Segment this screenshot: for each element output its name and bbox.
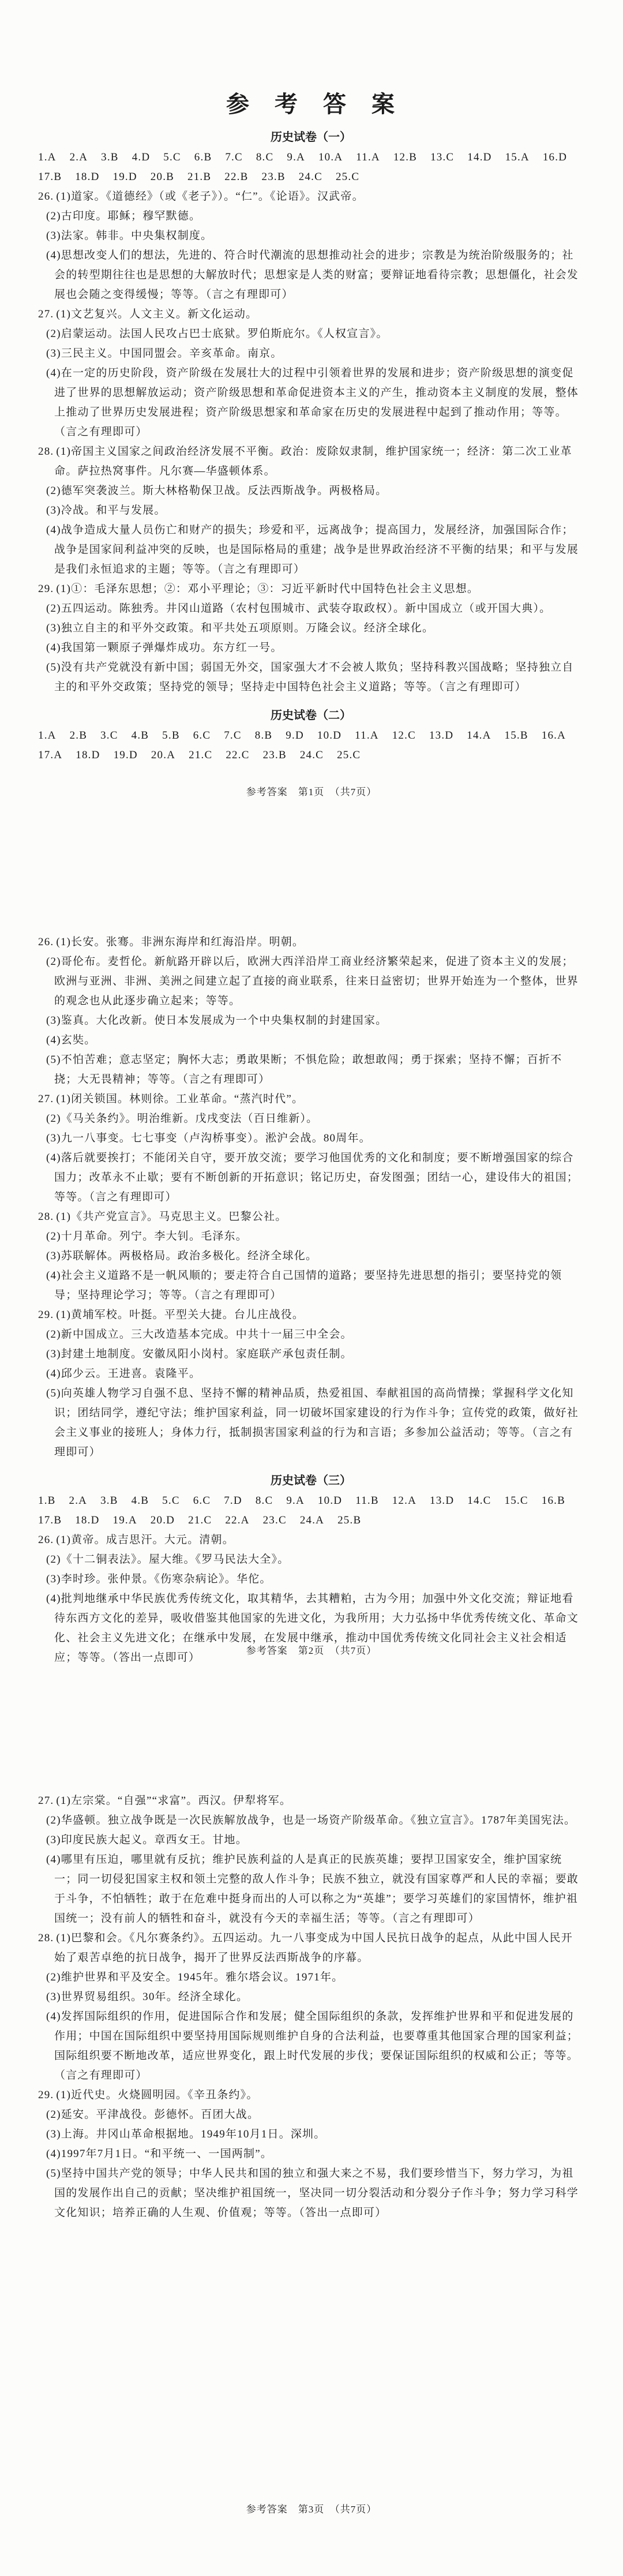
choice-answer: 25.B (337, 1511, 361, 1530)
answer-text: (4)1997年7月1日。“和平统一、一国两制”。 (46, 2148, 272, 2160)
answer-line: (3)封建土地制度。安徽凤阳小岗村。家庭联产承包责任制。 (38, 1345, 584, 1364)
answer-text: (1)《共产党宣言》。马克思主义。巴黎公社。 (56, 1211, 287, 1223)
answer-line: (5)不怕苦难；意志坚定；胸怀大志；勇敢果断；不惧危险；敢想敢闯；勇于探索；坚持… (38, 1050, 584, 1089)
answer-line: (5)坚持中国共产党的领导；中华人民共和国的独立和强大来之不易，我们要珍惜当下，… (38, 2164, 584, 2223)
choice-answer: 16.A (542, 726, 566, 746)
answer-line: 28.(1)帝国主义国家之间政治经济发展不平衡。政治：废除奴隶制，维护国家统一；… (38, 442, 584, 481)
choice-answer: 5.C (163, 148, 181, 167)
answer-line: (3)鉴真。大化改新。使日本发展成为一个中央集权制的封建国家。 (38, 1011, 584, 1031)
answer-text: (2)新中国成立。三大改造基本完成。中共十一届三中全会。 (46, 1328, 352, 1341)
answer-text: (1)文艺复兴。人文主义。新文化运动。 (56, 308, 257, 320)
answer-text: (3)封建土地制度。安徽凤阳小岗村。家庭联产承包责任制。 (46, 1348, 352, 1360)
choice-answers-row: 1.B2.A3.B4.B5.C6.C7.D8.C9.A10.D11.B12.A1… (38, 1491, 584, 1511)
answer-text: (1)近代史。火烧圆明园。《辛丑条约》。 (56, 2089, 258, 2101)
answer-text: (1)左宗棠。“自强”“求富”。西汉。伊犁将军。 (56, 1795, 291, 1807)
answer-text: (2)古印度。耶稣；穆罕默德。 (46, 210, 201, 222)
question-number: 28. (38, 1211, 54, 1223)
choice-answer: 18.D (76, 746, 100, 765)
answer-line: (3)三民主义。中国同盟会。辛亥革命。南京。 (38, 344, 584, 364)
answer-text: (2)哥伦布。麦哲伦。新航路开辟以后，欧洲大西洋沿岸工商业经济繁荣起来，促进了资… (46, 956, 579, 1007)
answer-text: (3)世界贸易组织。30年。经济全球化。 (46, 1991, 248, 2003)
answer-text: (2)十月革命。列宁。李大钊。毛泽东。 (46, 1230, 247, 1242)
choice-answer: 17.B (38, 1511, 62, 1530)
choice-answer: 18.D (75, 1511, 99, 1530)
page-footer: 参考答案 第1页 （共7页） (0, 782, 623, 802)
choice-answer: 3.B (100, 1491, 118, 1511)
answer-line: (3)独立自主的和平外交政策。和平共处五项原则。万隆会议。经济全球化。 (38, 619, 584, 638)
question-number: 26. (38, 190, 54, 203)
answer-text: (1)闭关锁国。林则徐。工业革命。“蒸汽时代”。 (56, 1093, 303, 1105)
answer-text: (4)发挥国际组织的作用，促进国际合作和发展；健全国际组织的条款，发挥维护世界和… (46, 2010, 579, 2081)
question-number: 29. (38, 2089, 54, 2101)
answer-line: 29.(1)黄埔军校。叶挺。平型关大捷。台儿庄战役。 (38, 1305, 584, 1325)
choice-answer: 9.A (286, 1491, 305, 1511)
choice-answer: 17.B (38, 167, 62, 187)
choice-answer: 12.A (392, 1491, 416, 1511)
question-number: 26. (38, 1534, 54, 1546)
answer-text: (4)哪里有压迫，哪里就有反抗；维护民族利益的人是真正的民族英雄；要捍卫国家安全… (46, 1854, 579, 1924)
choice-answer: 12.C (392, 726, 416, 746)
answer-text: (1)帝国主义国家之间政治经济发展不平衡。政治：废除奴隶制，维护国家统一；经济：… (54, 445, 572, 477)
choice-answer: 13.D (429, 726, 453, 746)
answer-text: (1)长安。张骞。非洲东海岸和红海沿岸。明朝。 (56, 936, 304, 948)
answer-text: (2)延安。平津战役。彭德怀。百团大战。 (46, 2109, 259, 2121)
choice-answer: 8.C (256, 148, 274, 167)
answer-text: (3)鉴真。大化改新。使日本发展成为一个中央集权制的封建国家。 (46, 1014, 387, 1027)
section-heading: 历史试卷（三） (38, 1470, 584, 1491)
choice-answer: 1.A (38, 726, 57, 746)
document-title: 参 考 答 案 (38, 90, 584, 119)
question-number: 29. (38, 1309, 54, 1321)
answer-text: (3)冷战。和平与发展。 (46, 504, 166, 516)
choice-answer: 7.C (224, 726, 242, 746)
answer-line: (3)九一八事变。七七事变（卢沟桥事变）。淞沪会战。80周年。 (38, 1129, 584, 1148)
choice-answer: 15.A (505, 148, 530, 167)
choice-answer: 5.C (162, 1491, 180, 1511)
choice-answers-row: 17.A18.D19.D20.A21.C22.C23.B24.C25.C (38, 746, 584, 765)
answer-line: (2)启蒙运动。法国人民攻占巴士底狱。罗伯斯庇尔。《人权宣言》。 (38, 324, 584, 344)
choice-answer: 19.A (113, 1511, 137, 1530)
answer-line: (5)向英雄人物学习自强不息、坚持不懈的精神品质，热爱祖国、奉献祖国的高尚情操；… (38, 1384, 584, 1462)
question-number: 27. (38, 1093, 54, 1105)
answer-line: (2)德军突袭波兰。斯大林格勒保卫战。反法西斯战争。两极格局。 (38, 481, 584, 501)
choice-answer: 3.B (101, 148, 119, 167)
choice-answer: 10.D (318, 1491, 342, 1511)
page-2-content: 26.(1)长安。张骞。非洲东海岸和红海沿岸。明朝。(2)哥伦布。麦哲伦。新航路… (38, 859, 584, 1668)
answer-text: (5)向英雄人物学习自强不息、坚持不懈的精神品质，热爱祖国、奉献祖国的高尚情操；… (46, 1387, 579, 1458)
choice-answer: 4.B (132, 1491, 149, 1511)
choice-answer: 13.C (430, 148, 454, 167)
answer-text: (4)我国第一颗原子弹爆炸成功。东方红一号。 (46, 642, 283, 654)
answer-text: (3)苏联解体。两极格局。政治多极化。经济全球化。 (46, 1250, 317, 1262)
choice-answer: 8.C (256, 1491, 273, 1511)
answer-line: (2)十月革命。列宁。李大钊。毛泽东。 (38, 1227, 584, 1246)
choice-answer: 5.B (162, 726, 180, 746)
choice-answer: 15.B (505, 726, 528, 746)
question-number: 28. (38, 1932, 54, 1944)
page-1-content: 参 考 答 案历史试卷（一）1.A2.A3.B4.D5.C6.B7.C8.C9.… (38, 0, 584, 765)
choice-answer: 25.C (336, 167, 359, 187)
choice-answer: 21.B (187, 167, 211, 187)
answer-text: (2)启蒙运动。法国人民攻占巴士底狱。罗伯斯庇尔。《人权宣言》。 (46, 328, 388, 340)
answer-line: (2)延安。平津战役。彭德怀。百团大战。 (38, 2105, 584, 2125)
choice-answer: 10.D (317, 726, 341, 746)
answer-line: 28.(1)《共产党宣言》。马克思主义。巴黎公社。 (38, 1207, 584, 1227)
answer-line: (3)世界贸易组织。30年。经济全球化。 (38, 1987, 584, 2007)
answer-line: (2)古印度。耶稣；穆罕默德。 (38, 207, 584, 226)
answer-line: 29.(1)①：毛泽东思想；②：邓小平理论；③：习近平新时代中国特色社会主义思想… (38, 579, 584, 599)
page-2: 26.(1)长安。张骞。非洲东海岸和红海沿岸。明朝。(2)哥伦布。麦哲伦。新航路… (0, 859, 623, 1717)
page-3: 27.(1)左宗棠。“自强”“求富”。西汉。伊犁将军。(2)华盛顿。独立战争既是… (0, 1717, 623, 2576)
answer-line: (4)1997年7月1日。“和平统一、一国两制”。 (38, 2144, 584, 2164)
answer-line: (2)哥伦布。麦哲伦。新航路开辟以后，欧洲大西洋沿岸工商业经济繁荣起来，促进了资… (38, 952, 584, 1011)
section-heading: 历史试卷（二） (38, 705, 584, 726)
answer-line: (4)邱少云。王进喜。袁隆平。 (38, 1364, 584, 1384)
answer-line: (4)在一定的历史阶段，资产阶级在发展壮大的过程中引领着世界的发展和进步；资产阶… (38, 364, 584, 442)
choice-answer: 11.B (355, 1491, 379, 1511)
choice-answer: 23.B (262, 167, 286, 187)
answer-line: (4)发挥国际组织的作用，促进国际合作和发展；健全国际组织的条款，发挥维护世界和… (38, 2007, 584, 2085)
choice-answer: 15.C (505, 1491, 528, 1511)
choice-answer: 19.D (113, 167, 137, 187)
answer-line: (2)华盛顿。独立战争既是一次民族解放战争，也是一场资产阶级革命。《独立宣言》。… (38, 1811, 584, 1830)
choice-answer: 3.C (100, 726, 118, 746)
choice-answer: 21.C (189, 746, 212, 765)
answer-line: (2)《十二铜表法》。屋大维。《罗马民法大全》。 (38, 1550, 584, 1570)
answer-line: 26.(1)道家。《道德经》（或《老子》）。“仁”。《论语》。汉武帝。 (38, 187, 584, 207)
choice-answer: 23.C (263, 1511, 287, 1530)
choice-answer: 21.C (188, 1511, 212, 1530)
answer-line: 26.(1)黄帝。成吉思汗。大元。清朝。 (38, 1530, 584, 1550)
choice-answer: 8.B (255, 726, 273, 746)
choice-answer: 4.B (132, 726, 149, 746)
answer-line: (4)玄奘。 (38, 1031, 584, 1050)
answer-text: (4)玄奘。 (46, 1034, 96, 1046)
answer-text: (1)①：毛泽东思想；②：邓小平理论；③：习近平新时代中国特色社会主义思想。 (56, 583, 479, 595)
choice-answers-row: 17.B18.D19.A20.D21.C22.A23.C24.A25.B (38, 1511, 584, 1530)
choice-answer: 7.C (225, 148, 243, 167)
choice-answer: 20.B (151, 167, 174, 187)
answer-line: 26.(1)长安。张骞。非洲东海岸和红海沿岸。明朝。 (38, 933, 584, 952)
choice-answer: 22.C (226, 746, 249, 765)
choice-answer: 1.B (38, 1491, 56, 1511)
choice-answers-row: 17.B18.D19.D20.B21.B22.B23.B24.C25.C (38, 167, 584, 187)
answer-line: 28.(1)巴黎和会。《凡尔赛条约》。五四运动。九一八事变成为中国人民抗日战争的… (38, 1929, 584, 1968)
choice-answer: 20.A (151, 746, 175, 765)
answer-line: (3)印度民族大起义。章西女王。甘地。 (38, 1830, 584, 1850)
choice-answer: 18.D (75, 167, 99, 187)
choice-answer: 2.B (70, 726, 88, 746)
choice-answer: 16.D (543, 148, 567, 167)
choice-answer: 6.B (194, 148, 212, 167)
choice-answer: 14.C (467, 1491, 491, 1511)
choice-answers-row: 1.A2.A3.B4.D5.C6.B7.C8.C9.A10.A11.A12.B1… (38, 148, 584, 167)
choice-answer: 11.A (355, 726, 379, 746)
question-number: 26. (38, 936, 54, 948)
choice-answer: 1.A (38, 148, 57, 167)
answer-line: (4)我国第一颗原子弹爆炸成功。东方红一号。 (38, 638, 584, 658)
answer-text: (3)法家。韩非。中央集权制度。 (46, 230, 212, 242)
answer-line: 27.(1)左宗棠。“自强”“求富”。西汉。伊犁将军。 (38, 1791, 584, 1811)
page-footer: 参考答案 第3页 （共7页） (0, 2500, 623, 2519)
answer-line: 27.(1)闭关锁国。林则徐。工业革命。“蒸汽时代”。 (38, 1089, 584, 1109)
answer-text: (5)坚持中国共产党的领导；中华人民共和国的独立和强大来之不易，我们要珍惜当下，… (46, 2167, 579, 2219)
choice-answer: 24.C (300, 746, 324, 765)
answer-line: 29.(1)近代史。火烧圆明园。《辛丑条约》。 (38, 2085, 584, 2105)
answer-line: (3)上海。井冈山革命根据地。1949年10月1日。深圳。 (38, 2125, 584, 2144)
answer-text: (3)三民主义。中国同盟会。辛亥革命。南京。 (46, 347, 283, 360)
choice-answer: 20.D (151, 1511, 175, 1530)
choice-answer: 22.B (224, 167, 248, 187)
answer-text: (3)上海。井冈山革命根据地。1949年10月1日。深圳。 (46, 2128, 325, 2140)
choice-answer: 19.D (114, 746, 138, 765)
choice-answer: 14.D (467, 148, 491, 167)
answer-line: (4)战争造成大量人员伤亡和财产的损失；珍爱和平，远离战争；提高国力，发展经济，… (38, 521, 584, 579)
choice-answer: 6.C (193, 1491, 211, 1511)
choice-answer: 6.C (193, 726, 211, 746)
choice-answer: 14.A (467, 726, 491, 746)
answer-line: (4)社会主义道路不是一帆风顺的；要走符合自己国情的道路；要坚持先进思想的指引；… (38, 1266, 584, 1305)
choice-answer: 7.D (224, 1491, 242, 1511)
answer-line: (4)哪里有压迫，哪里就有反抗；维护民族利益的人是真正的民族英雄；要捍卫国家安全… (38, 1850, 584, 1929)
answer-line: (2)新中国成立。三大改造基本完成。中共十一届三中全会。 (38, 1325, 584, 1345)
answer-text: (1)黄帝。成吉思汗。大元。清朝。 (56, 1534, 234, 1546)
answer-text: (4)在一定的历史阶段，资产阶级在发展壮大的过程中引领着世界的发展和进步；资产阶… (46, 367, 579, 438)
choice-answer: 24.C (299, 167, 322, 187)
answer-line: (2)《马关条约》。明治维新。戊戌变法（百日维新）。 (38, 1109, 584, 1129)
choice-answers-row: 1.A2.B3.C4.B5.B6.C7.C8.B9.D10.D11.A12.C1… (38, 726, 584, 746)
page-3-content: 27.(1)左宗棠。“自强”“求富”。西汉。伊犁将军。(2)华盛顿。独立战争既是… (38, 1717, 584, 2223)
answer-text: (1)道家。《道德经》（或《老子》）。“仁”。《论语》。汉武帝。 (56, 190, 363, 203)
choice-answer: 4.D (132, 148, 151, 167)
answer-text: (4)落后就要挨打；不能闭关自守，要开放交流；要学习他国优秀的文化和制度；要不断… (46, 1152, 579, 1203)
choice-answer: 11.A (356, 148, 380, 167)
answer-line: (4)思想改变人们的想法，先进的、符合时代潮流的思想推动社会的进步；宗教是为统治… (38, 246, 584, 305)
choice-answer: 25.C (337, 746, 361, 765)
answer-key-document: 参 考 答 案历史试卷（一）1.A2.A3.B4.D5.C6.B7.C8.C9.… (0, 0, 623, 2576)
answer-line: (2)维护世界和平及安全。1945年。雅尔塔会议。1971年。 (38, 1968, 584, 1987)
choice-answer: 22.A (225, 1511, 249, 1530)
answer-line: (3)法家。韩非。中央集权制度。 (38, 226, 584, 246)
answer-text: (5)没有共产党就没有新中国；弱国无外交，国家强大才不会被人欺负；坚持科教兴国战… (46, 661, 574, 693)
page-footer: 参考答案 第2页 （共7页） (0, 1641, 623, 1661)
page-1: 参 考 答 案历史试卷（一）1.A2.A3.B4.D5.C6.B7.C8.C9.… (0, 0, 623, 859)
choice-answer: 17.A (38, 746, 62, 765)
answer-text: (4)邱少云。王进喜。袁隆平。 (46, 1368, 201, 1380)
answer-text: (1)巴黎和会。《凡尔赛条约》。五四运动。九一八事变成为中国人民抗日战争的起点，… (54, 1932, 573, 1964)
choice-answer: 10.A (318, 148, 343, 167)
answer-text: (2)五四运动。陈独秀。井冈山道路（农村包围城市、武装夺取政权）。新中国成立（或… (46, 602, 551, 615)
choice-answer: 16.B (542, 1491, 565, 1511)
answer-text: (4)战争造成大量人员伤亡和财产的损失；珍爱和平，远离战争；提高国力，发展经济，… (46, 524, 579, 575)
answer-text: (3)九一八事变。七七事变（卢沟桥事变）。淞沪会战。80周年。 (46, 1132, 371, 1144)
choice-answer: 12.B (393, 148, 417, 167)
answer-text: (2)德军突袭波兰。斯大林格勒保卫战。反法西斯战争。两极格局。 (46, 485, 387, 497)
section-heading: 历史试卷（一） (38, 127, 584, 148)
question-number: 29. (38, 583, 54, 595)
answer-line: 27.(1)文艺复兴。人文主义。新文化运动。 (38, 305, 584, 324)
choice-answer: 2.A (69, 1491, 88, 1511)
question-number: 28. (38, 445, 54, 458)
choice-answer: 9.D (286, 726, 304, 746)
answer-text: (2)华盛顿。独立战争既是一次民族解放战争，也是一场资产阶级革命。《独立宣言》。… (46, 1814, 576, 1826)
choice-answer: 13.D (430, 1491, 454, 1511)
answer-line: (5)没有共产党就没有新中国；弱国无外交，国家强大才不会被人欺负；坚持科教兴国战… (38, 658, 584, 697)
answer-text: (4)思想改变人们的想法，先进的、符合时代潮流的思想推动社会的进步；宗教是为统治… (46, 249, 579, 301)
question-number: 27. (38, 308, 54, 320)
answer-line: (4)落后就要挨打；不能闭关自守，要开放交流；要学习他国优秀的文化和制度；要不断… (38, 1148, 584, 1207)
answer-text: (2)《马关条约》。明治维新。戊戌变法（百日维新）。 (46, 1113, 318, 1125)
answer-line: (3)冷战。和平与发展。 (38, 501, 584, 521)
answer-line: (3)苏联解体。两极格局。政治多极化。经济全球化。 (38, 1246, 584, 1266)
answer-line: (3)李时珍。张仲景。《伤寒杂病论》。华佗。 (38, 1570, 584, 1589)
answer-text: (3)独立自主的和平外交政策。和平共处五项原则。万隆会议。经济全球化。 (46, 622, 434, 634)
answer-line: (2)五四运动。陈独秀。井冈山道路（农村包围城市、武装夺取政权）。新中国成立（或… (38, 599, 584, 619)
answer-text: (4)社会主义道路不是一帆风顺的；要走符合自己国情的道路；要坚持先进思想的指引；… (46, 1270, 562, 1301)
answer-text: (3)李时珍。张仲景。《伤寒杂病论》。华佗。 (46, 1573, 272, 1585)
choice-answer: 2.A (70, 148, 88, 167)
choice-answer: 9.A (287, 148, 305, 167)
choice-answer: 23.B (263, 746, 287, 765)
choice-answer: 24.A (300, 1511, 324, 1530)
answer-text: (3)印度民族大起义。章西女王。甘地。 (46, 1834, 247, 1846)
question-number: 27. (38, 1795, 54, 1807)
answer-text: (5)不怕苦难；意志坚定；胸怀大志；勇敢果断；不惧危险；敢想敢闯；勇于探索；坚持… (46, 1054, 562, 1085)
answer-text: (2)《十二铜表法》。屋大维。《罗马民法大全》。 (46, 1553, 289, 1566)
answer-text: (2)维护世界和平及安全。1945年。雅尔塔会议。1971年。 (46, 1971, 343, 1983)
answer-text: (1)黄埔军校。叶挺。平型关大捷。台儿庄战役。 (56, 1309, 304, 1321)
